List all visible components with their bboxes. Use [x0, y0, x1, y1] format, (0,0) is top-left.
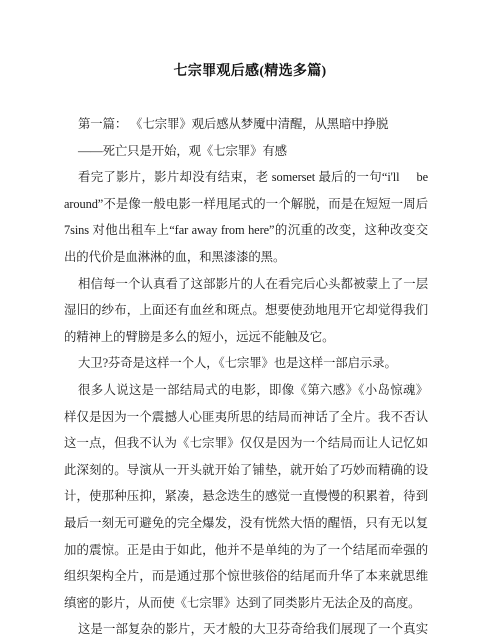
text-line: 这是一部复杂的影片，天才般的大卫芬奇给我们展现了一个真实: [64, 616, 428, 636]
text-line: 计，使那种压抑，紧凑，悬念迭生的感觉一直慢慢的积累着，待到: [64, 483, 428, 510]
document-body: 第一篇： 《七宗罪》观后感从梦魇中清醒，从黑暗中挣脱——死亡只是开始，观《七宗罪…: [64, 111, 428, 636]
text-line: 缜密的影片，从而使《七宗罪》达到了同类影片无法企及的高度。: [64, 590, 428, 617]
text-line: 出的代价是血淋淋的血，和黑漆漆的黑。: [64, 244, 428, 271]
text-line: 湿旧的纱布，上面还有血丝和斑点。想要使劲地甩开它却觉得我们: [64, 297, 428, 324]
text-line: 第一篇： 《七宗罪》观后感从梦魇中清醒，从黑暗中挣脱: [64, 111, 428, 138]
text-line: 7sins 对他出租车上“far away from here”的沉重的改变，这…: [64, 217, 428, 244]
text-line: 很多人说这是一部结局式的电影，即像《第六感》《小岛惊魂》那: [64, 377, 428, 404]
text-line: 此深刻的。导演从一开头就开始了铺垫，就开始了巧妙而精确的设: [64, 457, 428, 484]
text-line: 组织架构全片，而是通过那个惊世骇俗的结尾而升华了本来就思维: [64, 563, 428, 590]
text-line: around”不是像一般电影一样甩尾式的一个解脱，而是在短短一周后: [64, 191, 428, 218]
text-line: 相信每一个认真看了这部影片的人在看完后心头都被蒙上了一层: [64, 271, 428, 298]
text-line: 大卫?芬奇是这样一个人，《七宗罪》也是这样一部启示录。: [64, 350, 428, 377]
text-line: 加的震惊。正是由于如此，他并不是单纯的为了一个结尾而牵强的: [64, 537, 428, 564]
document-title: 七宗罪观后感(精选多篇): [0, 0, 500, 82]
text-line: ——死亡只是开始，观《七宗罪》有感: [64, 138, 428, 165]
text-line: 看完了影片，影片却没有结束，老 somerset 最后的一句“i'll be: [64, 164, 428, 191]
document-page: 七宗罪观后感(精选多篇) 第一篇： 《七宗罪》观后感从梦魇中清醒，从黑暗中挣脱—…: [0, 0, 500, 636]
text-line: 样仅是因为一个震撼人心匪夷所思的结局而神话了全片。我不否认: [64, 404, 428, 431]
text-line: 的精神上的臂膀是多么的短小，远远不能触及它。: [64, 324, 428, 351]
text-line: 这一点，但我不认为《七宗罪》仅仅是因为一个结局而让人记忆如: [64, 430, 428, 457]
text-line: 最后一刻无可避免的完全爆发，没有恍然大悟的醒悟，只有无以复: [64, 510, 428, 537]
